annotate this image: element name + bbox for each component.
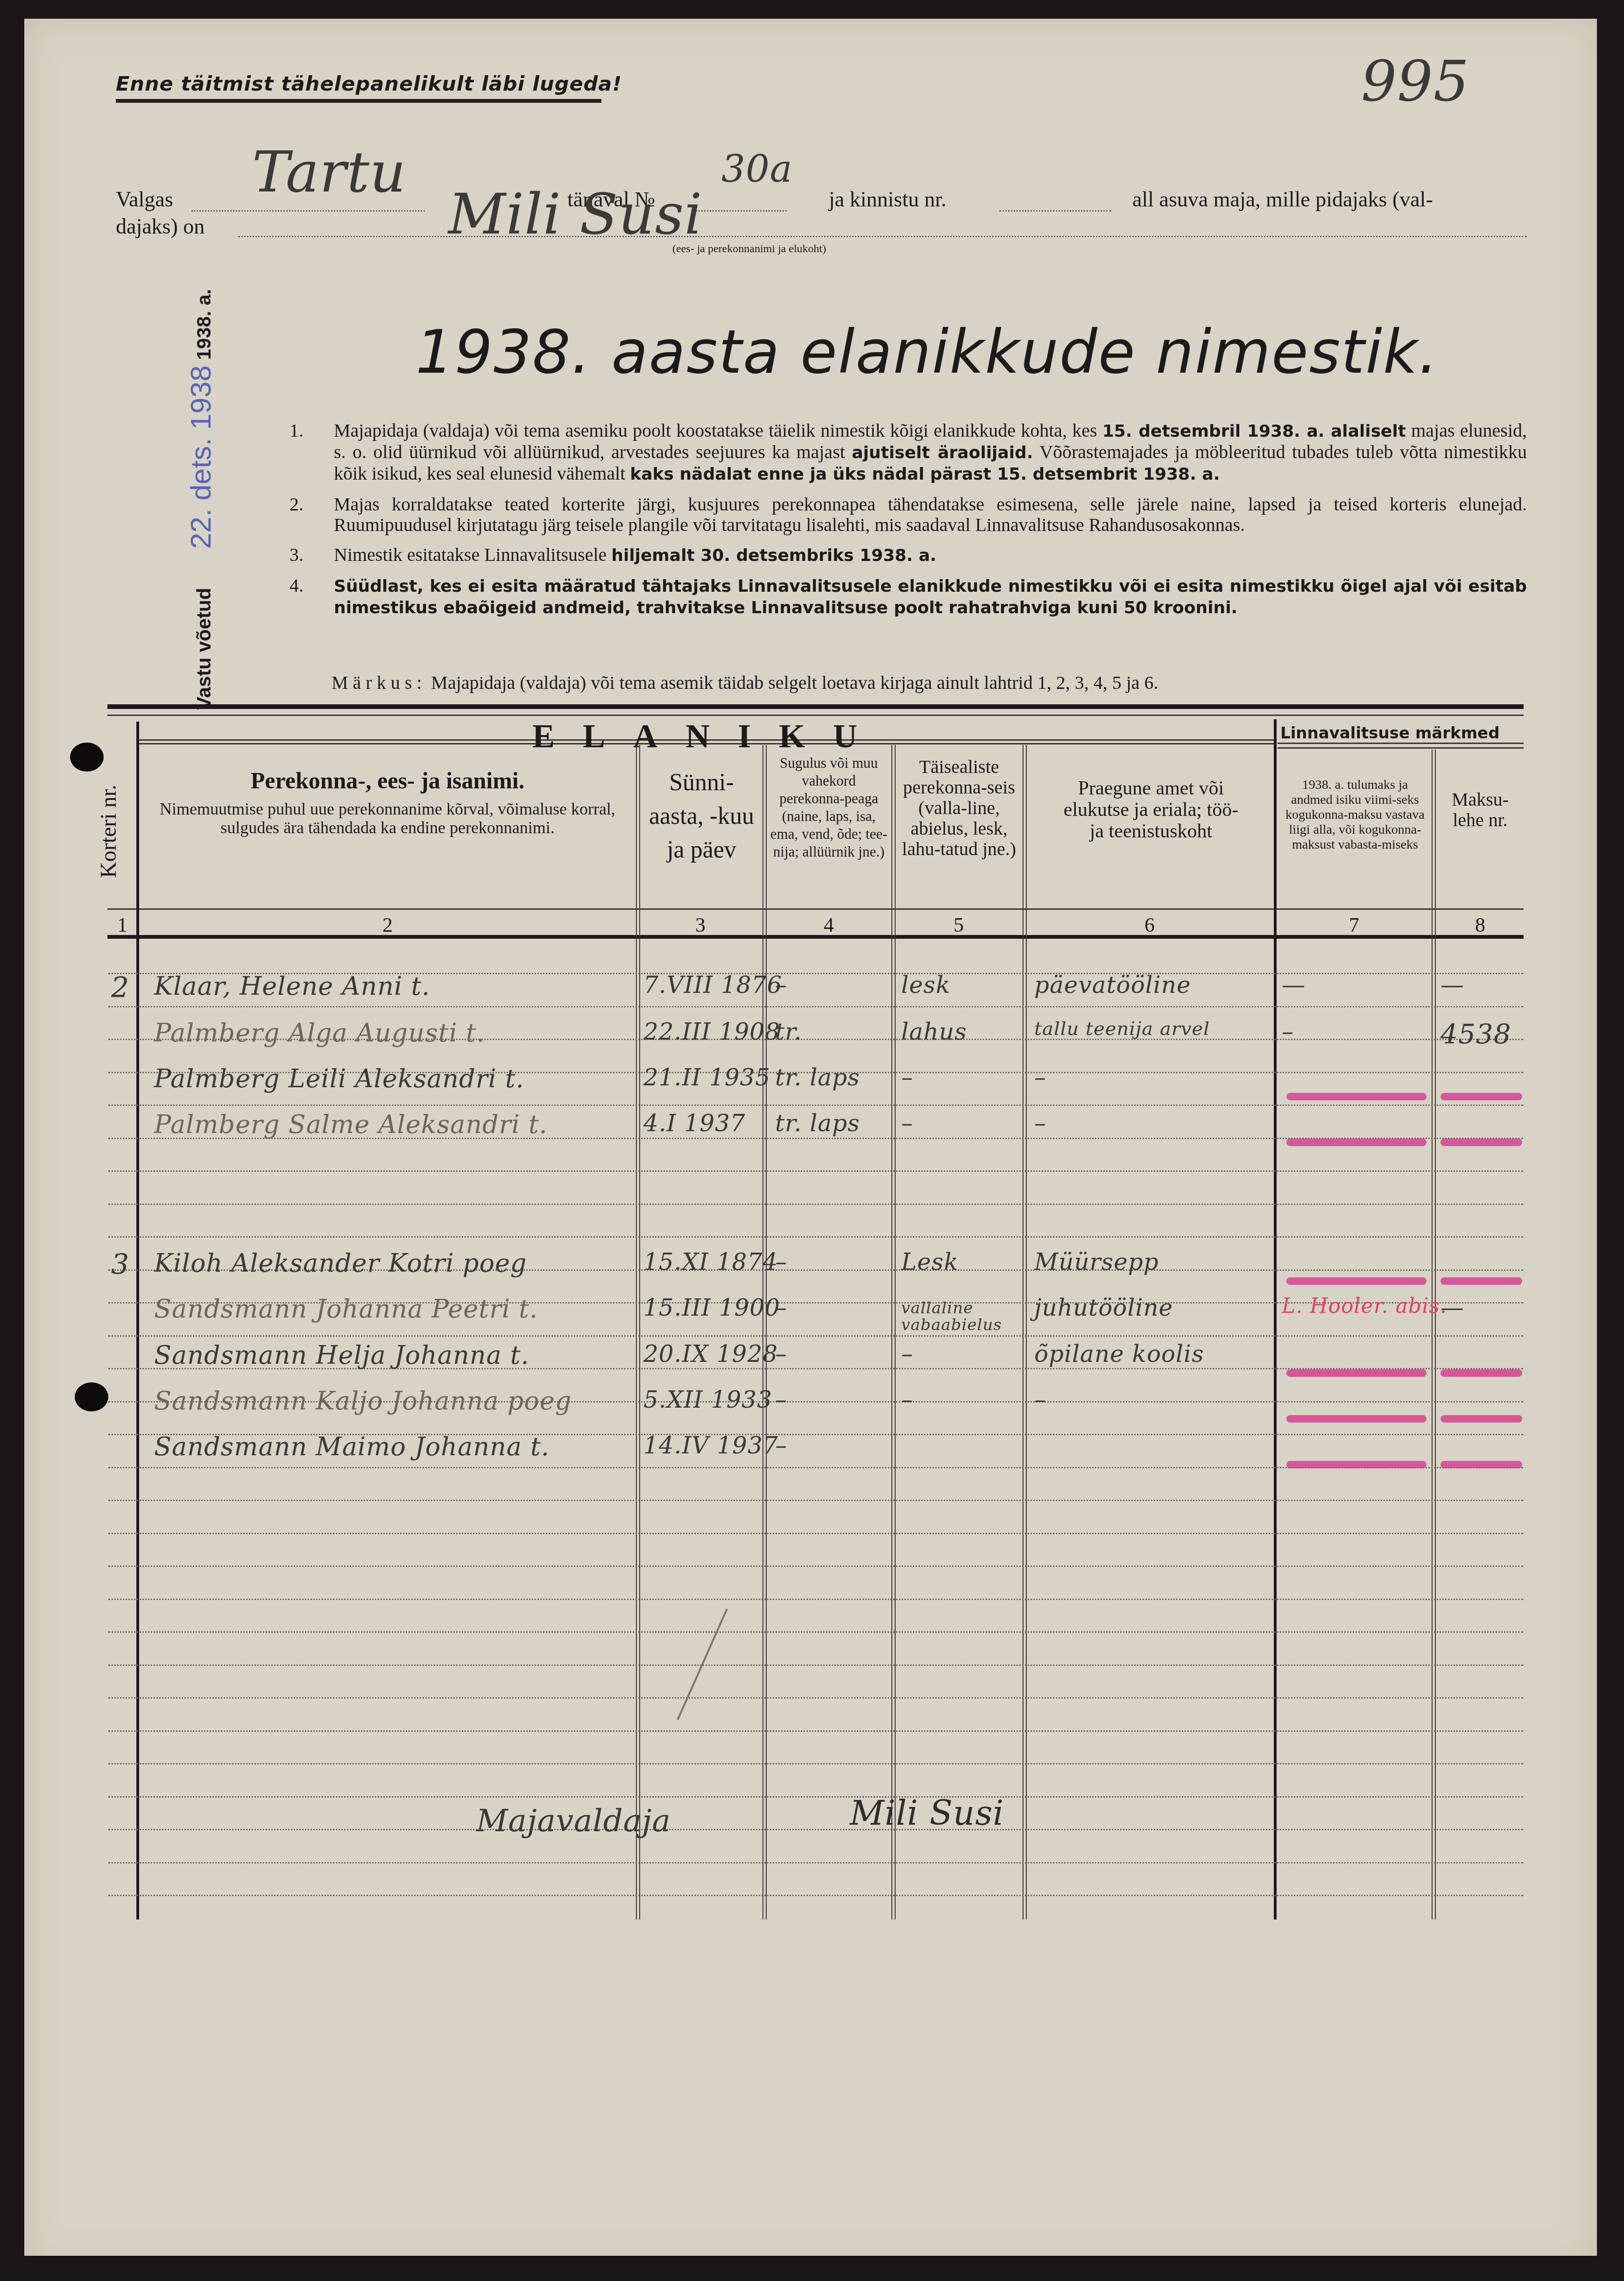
col-divider-2a <box>636 745 637 1920</box>
ruled-line <box>108 1796 1523 1798</box>
cell-name: Sandsmann Helja Johanna t. <box>154 1340 635 1370</box>
instruction-emphasis: hiljemalt 30. detsembriks 1938. a. <box>611 546 936 565</box>
colnum-4: 4 <box>805 913 852 937</box>
cell-relation: – <box>775 1432 890 1459</box>
cell-occupation: – <box>1034 1110 1272 1137</box>
col-header-birth: Sünni-aasta, -kuu ja päev <box>644 766 759 867</box>
cell-occupation: – <box>1034 1064 1272 1091</box>
pink-strike-mark <box>1286 1461 1426 1468</box>
house-number-field[interactable]: 30a <box>721 147 793 191</box>
cell-occupation: – <box>1034 1386 1272 1413</box>
instruction-number: 4. <box>289 575 304 596</box>
cell-apartment: 2 <box>111 971 134 1004</box>
table-top-rule-thin <box>107 715 1524 716</box>
received-stamp: Vastu võetud 22. dets. 1938 1938. a. <box>184 289 218 710</box>
col-header-tax-sheet: Maksu-lehe nr. <box>1438 789 1522 830</box>
cell-marital-status: – <box>901 1110 1020 1137</box>
col-header-relation: Sugulus või muu vahekord perekonna-peaga… <box>768 754 890 861</box>
cell-name: Sandsmann Kaljo Johanna poeg <box>154 1386 635 1416</box>
cell-relation: tr. laps <box>775 1110 890 1137</box>
owner-caption: (ees- ja perekonnanimi ja elukoht) <box>672 243 826 255</box>
pink-strike-mark <box>1286 1139 1426 1146</box>
cell-tax-note: L. Hooler. abis. <box>1282 1294 1431 1318</box>
cell-marital-status: Lesk <box>901 1248 1020 1275</box>
instruction-item: 2.Majas korraldatakse teated korterite j… <box>289 494 1527 535</box>
ruled-line <box>108 1500 1523 1501</box>
cell-relation: – <box>775 1248 890 1275</box>
received-label: Vastu võetud <box>193 588 215 710</box>
ruled-line <box>108 1730 1523 1732</box>
note-text: Majapidaja (valdaja) või tema asemik täi… <box>431 672 1158 693</box>
instruction-text: Majas korraldatakse teated korterite jär… <box>334 494 1527 535</box>
col-divider-4b <box>895 745 896 1920</box>
instruction-item: 3.Nimestik esitatakse Linnavalitsusele h… <box>289 545 1527 566</box>
note-label: Märkus: <box>332 672 426 693</box>
house-field-line <box>693 210 787 212</box>
instruction-emphasis: kaks nädalat enne ja üks nädal pärast 15… <box>630 465 1220 484</box>
cell-name: Palmberg Alga Augusti t. <box>154 1018 635 1048</box>
cell-occupation: tallu teenija arvel <box>1034 1018 1272 1040</box>
pink-strike-mark <box>1286 1277 1426 1285</box>
pink-strike-mark <box>1440 1369 1522 1377</box>
document-number: 995 <box>1361 49 1469 114</box>
cell-birth-date: 4.I 1937 <box>643 1110 763 1137</box>
ruled-line <box>108 1599 1523 1600</box>
pink-strike-mark <box>1286 1369 1426 1377</box>
cell-name: Sandsmann Maimo Johanna t. <box>154 1432 635 1461</box>
pink-strike-mark <box>1440 1277 1522 1285</box>
notes-header-rule-2 <box>1278 747 1524 749</box>
cell-marital-status: – <box>901 1386 1020 1413</box>
cell-relation: tr. laps <box>775 1064 890 1091</box>
instruction-emphasis: ajutiselt äraolijaid. <box>852 443 1033 462</box>
colnum-5: 5 <box>935 913 982 937</box>
colnum-8: 8 <box>1457 913 1504 937</box>
colnum-6: 6 <box>1126 913 1173 937</box>
cell-relation: – <box>775 1386 890 1413</box>
instruction-warning: Enne täitmist tähelepanelikult läbi luge… <box>116 72 622 96</box>
col-divider-5a <box>1023 745 1024 1920</box>
cell-tax-note: — <box>1282 971 1431 999</box>
cell-tax-note: – <box>1282 1018 1431 1045</box>
signature-name: Mili Susi <box>850 1793 1004 1833</box>
cell-birth-date: 7.VIII 1876 <box>643 971 763 999</box>
ruled-line <box>108 1895 1523 1896</box>
cell-marital-status: – <box>901 1064 1020 1091</box>
cell-occupation: päevatööline <box>1034 971 1272 999</box>
ruled-line <box>108 1533 1523 1534</box>
cell-birth-date: 14.IV 1937 <box>643 1432 763 1459</box>
ruled-line <box>108 1631 1523 1633</box>
cell-occupation: õpilane koolis <box>1034 1340 1272 1367</box>
group-header-city-notes: Linnavalitsuse märkmed <box>1280 724 1500 743</box>
cell-name: Palmberg Salme Aleksandri t. <box>154 1110 635 1139</box>
instruction-number: 2. <box>289 494 304 515</box>
cell-tax-sheet: 4538 <box>1440 1018 1522 1050</box>
cell-tax-sheet: — <box>1440 971 1522 999</box>
label-rest: all asuva maja, mille pidajaks (val- <box>1132 187 1433 212</box>
cell-birth-date: 20.IX 1928 <box>643 1340 763 1367</box>
col-divider-1 <box>136 722 139 1920</box>
notes-header-rule <box>1278 743 1524 744</box>
col-divider-2b <box>639 745 640 1920</box>
ruled-line <box>108 1763 1523 1764</box>
ruled-line <box>108 1862 1523 1863</box>
ruled-line <box>108 1829 1523 1830</box>
label-property: ja kinnistu nr. <box>829 187 946 212</box>
cell-marital-status: lahus <box>901 1018 1020 1045</box>
ruled-line <box>108 1566 1523 1567</box>
instruction-number: 1. <box>289 420 304 441</box>
cell-occupation: juhutööline <box>1034 1294 1272 1321</box>
colnum-7: 7 <box>1331 913 1377 937</box>
col-divider-3a <box>763 745 763 1920</box>
group-header-residents: ELANIKU <box>532 717 885 756</box>
cell-apartment: 3 <box>111 1248 134 1281</box>
cell-birth-date: 15.XI 1874 <box>643 1248 763 1275</box>
cell-occupation: Müürsepp <box>1034 1248 1272 1275</box>
col-header-occupation: Praegune amet või elukutse ja eriala; tö… <box>1032 778 1270 842</box>
cell-name: Sandsmann Johanna Peetri t. <box>154 1294 635 1324</box>
col-divider-4a <box>891 745 892 1920</box>
col-divider-7a <box>1432 750 1433 1920</box>
cell-relation: tr. <box>775 1018 890 1045</box>
colnum-top-rule <box>107 908 1524 910</box>
instructions-list: 1.Majapidaja (valdaja) või tema asemiku … <box>289 420 1527 628</box>
col-header-apartment: Korteri nr. <box>96 785 121 878</box>
ruled-line <box>108 1697 1523 1699</box>
colnum-2: 2 <box>364 913 411 937</box>
owner-field[interactable]: Mili Susi <box>448 182 703 247</box>
punch-hole-top <box>70 743 104 772</box>
cell-marital-status: – <box>901 1340 1020 1367</box>
instruction-text: Majapidaja (valdaja) või tema asemiku po… <box>334 420 1102 441</box>
cell-name: Palmberg Leili Aleksandri t. <box>154 1064 635 1093</box>
street-field-line <box>191 210 425 212</box>
signature-label: Majavaldaja <box>476 1803 671 1839</box>
label-city: Valgas <box>116 187 173 212</box>
col-divider-5b <box>1026 745 1027 1920</box>
cell-relation: – <box>775 1340 890 1367</box>
ruled-line <box>108 1665 1523 1666</box>
cell-relation: – <box>775 971 890 999</box>
pink-strike-mark <box>1286 1415 1426 1423</box>
col-divider-3b <box>766 745 767 1920</box>
col-divider-7b <box>1435 750 1436 1920</box>
street-field[interactable]: Tartu <box>252 140 406 205</box>
page-title: 1938. aasta elanikkude nimestik. <box>416 318 1439 387</box>
ruled-line <box>108 1335 1523 1337</box>
received-year-suffix: 1938. a. <box>193 289 215 360</box>
col-header-name-sub: Nimemuutmise puhul uue perekonnanime kõr… <box>145 800 630 837</box>
label-owner: dajaks) on <box>116 214 205 239</box>
cell-birth-date: 21.II 1935 <box>643 1064 763 1091</box>
note: Märkus: Majapidaja (valdaja) või tema as… <box>332 672 1158 694</box>
pink-strike-mark <box>1286 1093 1426 1100</box>
col-header-tax: 1938. a. tulumaks ja andmed isiku viimi-… <box>1280 778 1430 852</box>
cell-relation: – <box>775 1294 890 1321</box>
colnum-3: 3 <box>677 913 724 937</box>
col-header-name-title: Perekonna-, ees- ja isanimi. <box>145 771 630 790</box>
cell-birth-date: 22.III 1908 <box>643 1018 763 1045</box>
cell-tax-sheet: — <box>1440 1294 1522 1321</box>
instruction-number: 3. <box>289 545 304 565</box>
instruction-emphasis: Süüdlast, kes ei esita määratud tähtajak… <box>334 577 1527 617</box>
col-header-status: Täisealiste perekonna-seis (valla-line, … <box>897 757 1022 859</box>
cell-birth-date: 5.XII 1933 <box>643 1386 763 1413</box>
ruled-line <box>108 1105 1523 1106</box>
cell-marital-status: vallaline vabaabielus <box>901 1300 1020 1333</box>
ruled-line <box>108 1006 1523 1007</box>
cell-marital-status: lesk <box>901 971 1020 999</box>
punch-hole-bottom <box>75 1382 108 1411</box>
cell-name: Kiloh Aleksander Kotri poeg <box>154 1248 635 1278</box>
pink-strike-mark <box>1440 1093 1522 1100</box>
owner-field-line <box>238 236 1527 237</box>
ruled-line <box>108 1236 1523 1238</box>
instruction-item: 4.Süüdlast, kes ei esita määratud tähtaj… <box>289 575 1527 618</box>
warning-underline <box>116 99 601 103</box>
property-field-line <box>999 210 1111 212</box>
cell-name: Klaar, Helene Anni t. <box>154 971 635 1001</box>
pink-strike-mark <box>1440 1139 1522 1146</box>
pink-strike-mark <box>1440 1461 1522 1468</box>
instruction-emphasis: 15. detsembril 1938. a. alaliselt <box>1102 422 1406 441</box>
instruction-text: Nimestik esitatakse Linnavalitsusele <box>334 544 611 565</box>
ruled-line <box>108 1204 1523 1205</box>
received-date-stamp: 22. dets. 1938 <box>185 365 217 549</box>
ruled-line <box>108 1170 1523 1172</box>
instruction-item: 1.Majapidaja (valdaja) või tema asemiku … <box>289 420 1527 485</box>
col-header-name: Perekonna-, ees- ja isanimi. Nimemuutmis… <box>145 771 630 837</box>
table-top-rule <box>107 704 1524 709</box>
pink-strike-mark <box>1440 1415 1522 1423</box>
col-divider-6 <box>1274 719 1277 1920</box>
torn-edge <box>24 2256 1597 2281</box>
cell-birth-date: 15.III 1900 <box>643 1294 763 1321</box>
